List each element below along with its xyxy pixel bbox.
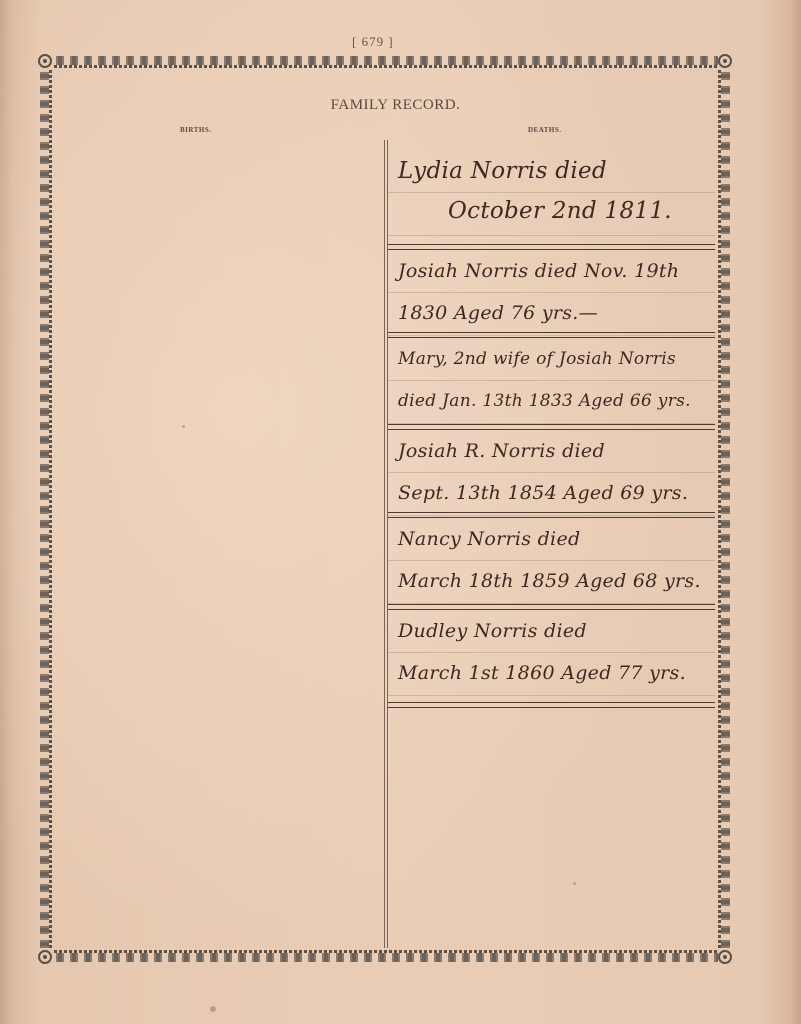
entry-line: 1830 Aged 76 yrs.— [398,292,715,334]
border-left [40,70,52,950]
rosette-icon [38,950,52,964]
rosette-icon [38,54,52,68]
entry-line: March 18th 1859 Aged 68 yrs. [398,560,715,602]
death-entry: Lydia Norris died October 2nd 1811. [388,150,715,250]
deaths-heading: DEATHS. [528,126,562,134]
border-top [54,56,718,68]
entry-line: Mary, 2nd wife of Josiah Norris [398,338,715,380]
entry-line: Josiah Norris died Nov. 19th [398,250,715,292]
entry-line: October 2nd 1811. [398,192,715,230]
border-bottom [54,950,718,962]
rosette-icon [718,54,732,68]
entry-line: Lydia Norris died [398,150,715,192]
foxing-spot [573,882,576,885]
death-entry: Nancy Norris died March 18th 1859 Aged 6… [388,518,715,610]
entry-line: March 1st 1860 Aged 77 yrs. [398,652,715,694]
ledger-page: [ 679 ] FAMILY RECORD. BIRTHS. DEATHS. L… [0,0,801,1024]
page-number: [ 679 ] [352,34,394,50]
entry-line: Dudley Norris died [398,610,715,652]
page-title: FAMILY RECORD. [0,97,801,114]
death-entry: Dudley Norris died March 1st 1860 Aged 7… [388,610,715,708]
deaths-column: Lydia Norris died October 2nd 1811. Josi… [388,150,715,708]
births-heading: BIRTHS. [180,126,211,134]
entry-line: Nancy Norris died [398,518,715,560]
rosette-icon [718,950,732,964]
death-entry: Josiah R. Norris died Sept. 13th 1854 Ag… [388,430,715,518]
border-right [718,70,730,950]
foxing-spot [182,425,185,428]
death-entry: Mary, 2nd wife of Josiah Norris died Jan… [388,338,715,430]
foxing-spot [210,1006,216,1012]
entry-line: Sept. 13th 1854 Aged 69 yrs. [398,472,715,514]
death-entry: Josiah Norris died Nov. 19th 1830 Aged 7… [388,250,715,338]
entry-line: died Jan. 13th 1833 Aged 66 yrs. [398,380,715,422]
entry-divider [388,702,715,708]
entry-line: Josiah R. Norris died [398,430,715,472]
